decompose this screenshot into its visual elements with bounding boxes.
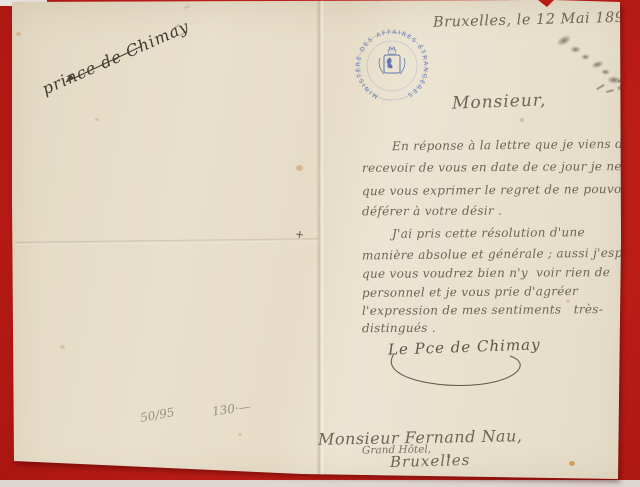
body-line: l'expression de mes sentiments très- [362,302,603,318]
stamp-ring-text: MINISTÈRE DES AFFAIRES ÉTRANGÈRES [354,29,429,100]
body-line: distingués . [362,321,436,335]
dateline: Bruxelles, le 12 Mai 1891. [433,9,640,30]
letter-photograph: + prince de Chimay Bruxelles, le 12 Mai … [0,0,640,487]
body-line: déférer à votre désir . [362,204,502,219]
address-line: Bruxelles [390,451,471,471]
horizontal-crease [15,238,318,245]
annotation-arrow [58,40,148,88]
body-line: personnel et je vous prie d'agréer [362,284,578,300]
pencil-mark [184,5,190,9]
body-line: recevoir de vous en date de ce jour je n… [362,159,640,175]
body-line: que vous exprimer le regret de ne pouvoi… [362,182,632,198]
body-line: que vous voudrez bien n'y voir rien de [362,265,610,281]
pencil-note: 50/95 [139,405,175,425]
body-line: J'ai pris cette résolution d'une [392,225,585,241]
letter-paper: + prince de Chimay Bruxelles, le 12 Mai … [0,0,640,487]
stamp-coat-of-arms [379,47,405,74]
pencil-price: 130·— [211,399,251,418]
svg-text:MINISTÈRE DES AFFAIRES ÉTRANGÈ: MINISTÈRE DES AFFAIRES ÉTRANGÈRES [354,29,429,100]
body-line: En réponse à la lettre que je viens de [392,137,631,153]
body-line: manière absolue et générale ; aussi j'es… [362,246,640,263]
signature-flourish [382,346,532,392]
ministry-stamp: MINISTÈRE DES AFFAIRES ÉTRANGÈRES [354,28,430,104]
salutation: Monsieur, [452,90,547,113]
paper-surface: + prince de Chimay Bruxelles, le 12 Mai … [0,0,640,487]
